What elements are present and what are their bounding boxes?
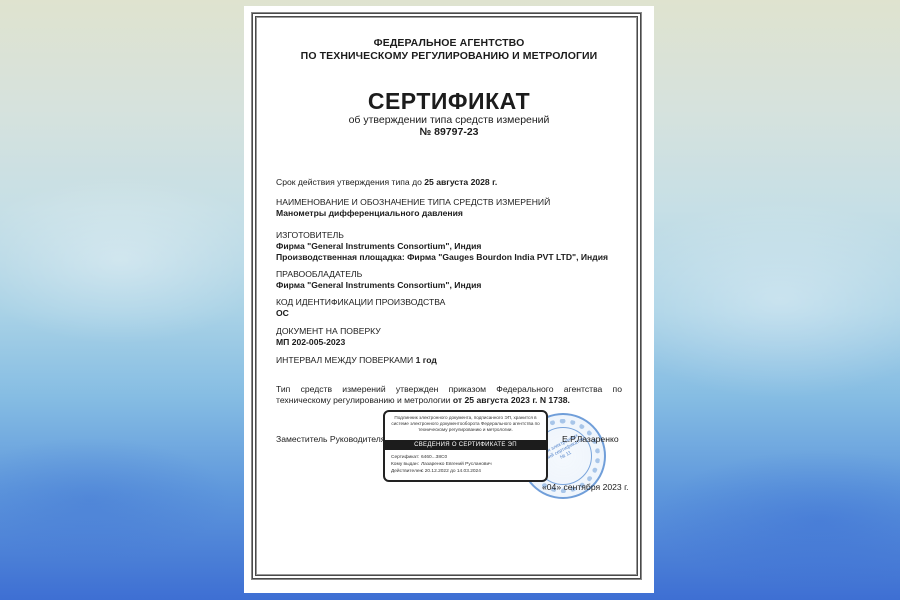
signer-name: Е.Р.Лазаренко: [562, 434, 619, 444]
validity-date: 25 августа 2028 г.: [424, 177, 497, 187]
e-signature-header: СВЕДЕНИЯ О СЕРТИФИКАТЕ ЭП: [383, 440, 548, 450]
name-label: НАИМЕНОВАНИЕ И ОБОЗНАЧЕНИЕ ТИПА СРЕДСТВ …: [276, 197, 550, 207]
e-signature-valid-row: Действителен:с 20.12.2022 до 14.03.2024: [391, 469, 481, 474]
e-signature-issued-row: Кому выдан:Лазаренко Евгений Русланович: [391, 462, 492, 467]
interval-line: ИНТЕРВАЛ МЕЖДУ ПОВЕРКАМИ 1 год: [276, 355, 437, 365]
interval-value: 1 год: [416, 355, 437, 365]
agency-line-1: ФЕДЕРАЛЬНОЕ АГЕНТСТВО: [244, 37, 654, 49]
e-signature-note: Подлинник электронного документа, подпис…: [389, 415, 542, 433]
verification-doc-label: ДОКУМЕНТ НА ПОВЕРКУ: [276, 326, 381, 336]
manufacturer-label: ИЗГОТОВИТЕЛЬ: [276, 230, 344, 240]
agency-line-2: ПО ТЕХНИЧЕСКОМУ РЕГУЛИРОВАНИЮ И МЕТРОЛОГ…: [244, 50, 654, 62]
signer-title: Заместитель Руководителя: [276, 434, 385, 444]
certificate-number: № 89797-23: [244, 126, 654, 138]
issued-to-label: Кому выдан:: [391, 462, 421, 467]
approval-order: от 25 августа 2023 г. N 1738.: [453, 395, 570, 405]
interval-label: ИНТЕРВАЛ МЕЖДУ ПОВЕРКАМИ: [276, 355, 416, 365]
valid-label: Действителен:: [391, 469, 421, 474]
cert-label: Сертификат:: [391, 455, 421, 460]
code-label: КОД ИДЕНТИФИКАЦИИ ПРОИЗВОДСТВА: [276, 297, 445, 307]
sign-date: «04» сентября 2023 г.: [542, 482, 629, 492]
code-value: ОС: [276, 308, 289, 318]
valid-value: с 20.12.2022 до 14.03.2024: [421, 469, 481, 474]
certificate-paper: ФЕДЕРАЛЬНОЕ АГЕНТСТВО ПО ТЕХНИЧЕСКОМУ РЕ…: [244, 6, 654, 593]
e-signature-cert-row: Сертификат:6460...38C0: [391, 455, 447, 460]
cert-value: 6460...38C0: [421, 455, 447, 460]
validity-prefix: Срок действия утверждения типа до: [276, 177, 424, 187]
e-signature-box: Подлинник электронного документа, подпис…: [383, 410, 548, 482]
name-value: Манометры дифференциального давления: [276, 208, 463, 218]
certificate-subtitle: об утверждении типа средств измерений: [244, 114, 654, 126]
manufacturer-value: Фирма "General Instruments Consortium", …: [276, 241, 481, 251]
verification-doc-value: МП 202-005-2023: [276, 337, 345, 347]
production-site: Производственная площадка: Фирма "Gauges…: [276, 252, 608, 262]
validity-line: Срок действия утверждения типа до 25 авг…: [276, 177, 497, 187]
holder-label: ПРАВООБЛАДАТЕЛЬ: [276, 269, 362, 279]
certificate-title: СЕРТИФИКАТ: [244, 88, 654, 115]
issued-to-value: Лазаренко Евгений Русланович: [421, 462, 492, 467]
approval-paragraph: Тип средств измерений утвержден приказом…: [276, 384, 622, 406]
approval-text: Тип средств измерений утвержден приказом…: [276, 384, 622, 405]
holder-value: Фирма "General Instruments Consortium", …: [276, 280, 481, 290]
